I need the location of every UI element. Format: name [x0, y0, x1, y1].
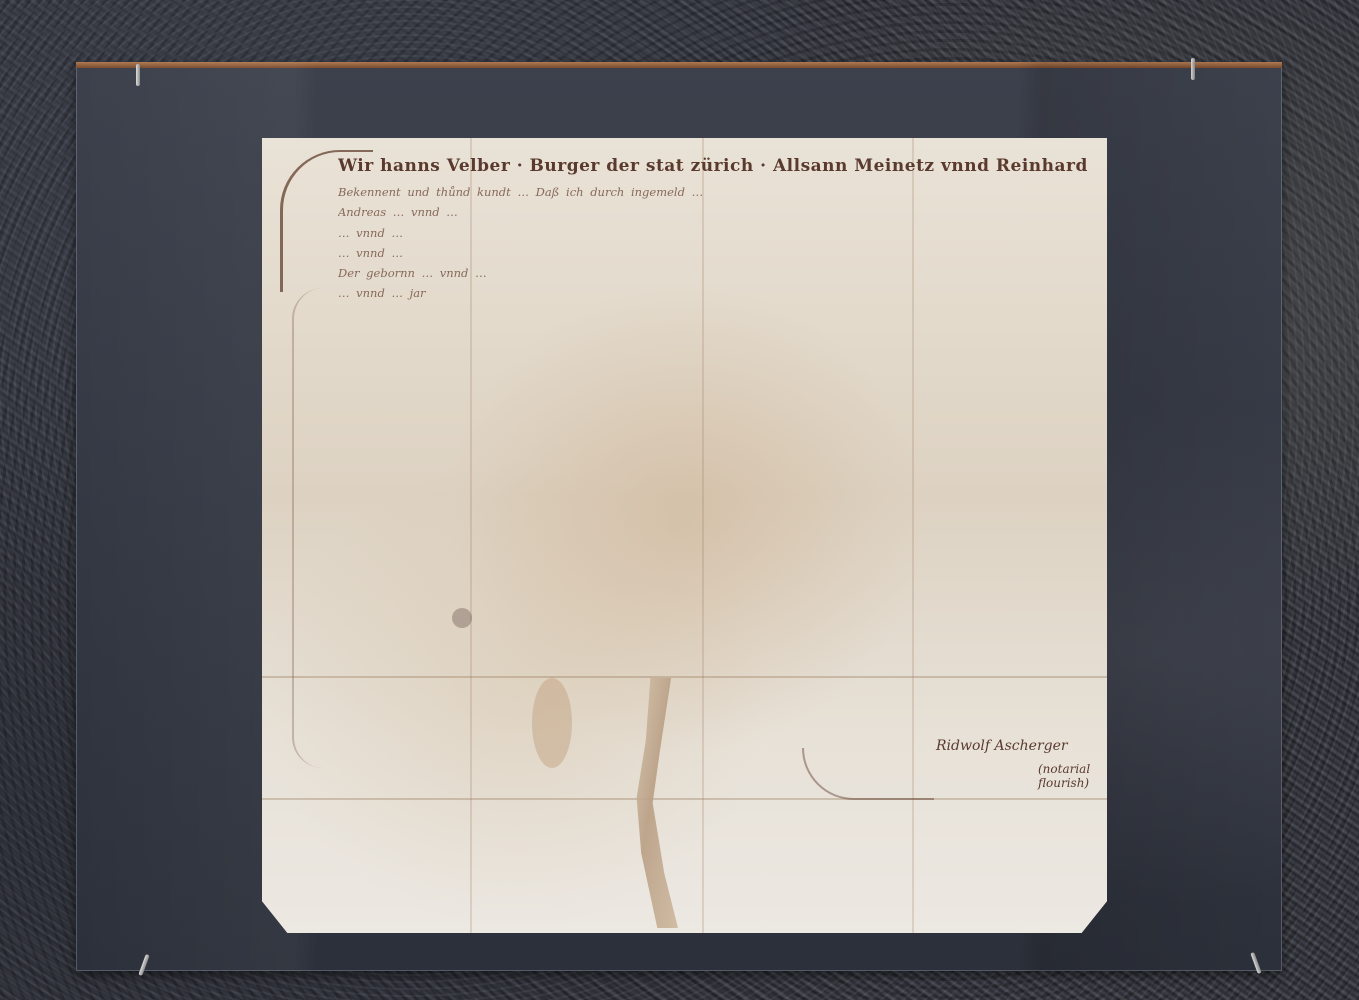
manuscript-line: … vnnd … [338, 243, 1083, 263]
signature-block: Ridwolf Ascherger (notarial flourish) [930, 728, 1100, 798]
signature-name: Ridwolf Ascherger [936, 738, 1068, 754]
frame-clip-top-left [136, 64, 140, 86]
manuscript-line: … vnnd … jar [338, 283, 1083, 303]
notarial-mark: (notarial flourish) [1038, 762, 1100, 790]
signature-flourish [802, 748, 934, 800]
parchment-document: Wir hanns Velber · Burger der stat züric… [262, 138, 1107, 933]
manuscript-line: Der gebornn … vnnd … [338, 263, 1083, 283]
frame-clip-bottom-right [1250, 952, 1261, 974]
manuscript-line: Bekennent und thůnd kundt … Daß ich durc… [338, 182, 1083, 202]
manuscript-line: … vnnd … [338, 223, 1083, 243]
fold-line-horizontal [262, 798, 1107, 800]
manuscript-body: Bekennent und thůnd kundt … Daß ich durc… [338, 182, 1083, 682]
manuscript-line: Andreas … vnnd … [338, 202, 1083, 222]
frame-top-edge [76, 62, 1282, 68]
water-stain [532, 678, 572, 768]
frame-clip-top-right [1191, 58, 1195, 80]
seal-tag-strip [632, 678, 678, 928]
document-heading-line: Wir hanns Velber · Burger der stat züric… [338, 156, 1087, 176]
